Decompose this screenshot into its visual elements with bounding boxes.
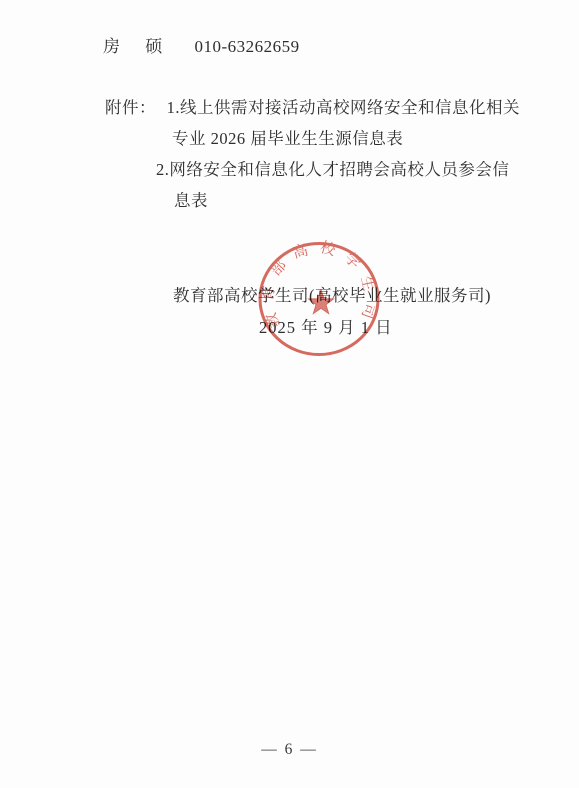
attachments-line-3: 2.网络安全和信息化人才招聘会高校人员参会信 [156, 160, 509, 180]
issue-date: 2025 年 9 月 1 日 [259, 318, 393, 338]
contact-line: 房 硕 010-63262659 [103, 37, 300, 57]
attachments-line-1: 附件： 1.线上供需对接活动高校网络安全和信息化相关 [105, 98, 520, 118]
attachment-2-text-line-2: 息表 [174, 191, 208, 210]
attachments-label: 附件： [105, 98, 156, 117]
attachment-1-text-line-2: 专业 2026 届毕业生生源信息表 [172, 129, 403, 148]
attachments-line-4: 息表 [174, 191, 208, 211]
seal-arc-text-container: 教育部高校学生司 [258, 238, 380, 330]
attachments-line-2: 专业 2026 届毕业生生源信息表 [172, 129, 403, 149]
contact-phone: 010-63262659 [195, 37, 300, 56]
contact-name-char-1: 房 [103, 37, 121, 56]
contact-name-char-2: 硕 [145, 37, 163, 56]
issuer-signature: 教育部高校学生司(高校毕业生就业服务司) [173, 286, 491, 306]
page-number: — 6 — [0, 741, 579, 760]
document-page: 房 硕 010-63262659 附件： 1.线上供需对接活动高校网络安全和信息… [0, 0, 579, 788]
seal-arc-text: 教育部高校学生司 [258, 238, 380, 330]
attachment-1-text-line-1: 1.线上供需对接活动高校网络安全和信息化相关 [167, 98, 520, 117]
attachment-2-text-line-1: 2.网络安全和信息化人才招聘会高校人员参会信 [156, 160, 509, 179]
